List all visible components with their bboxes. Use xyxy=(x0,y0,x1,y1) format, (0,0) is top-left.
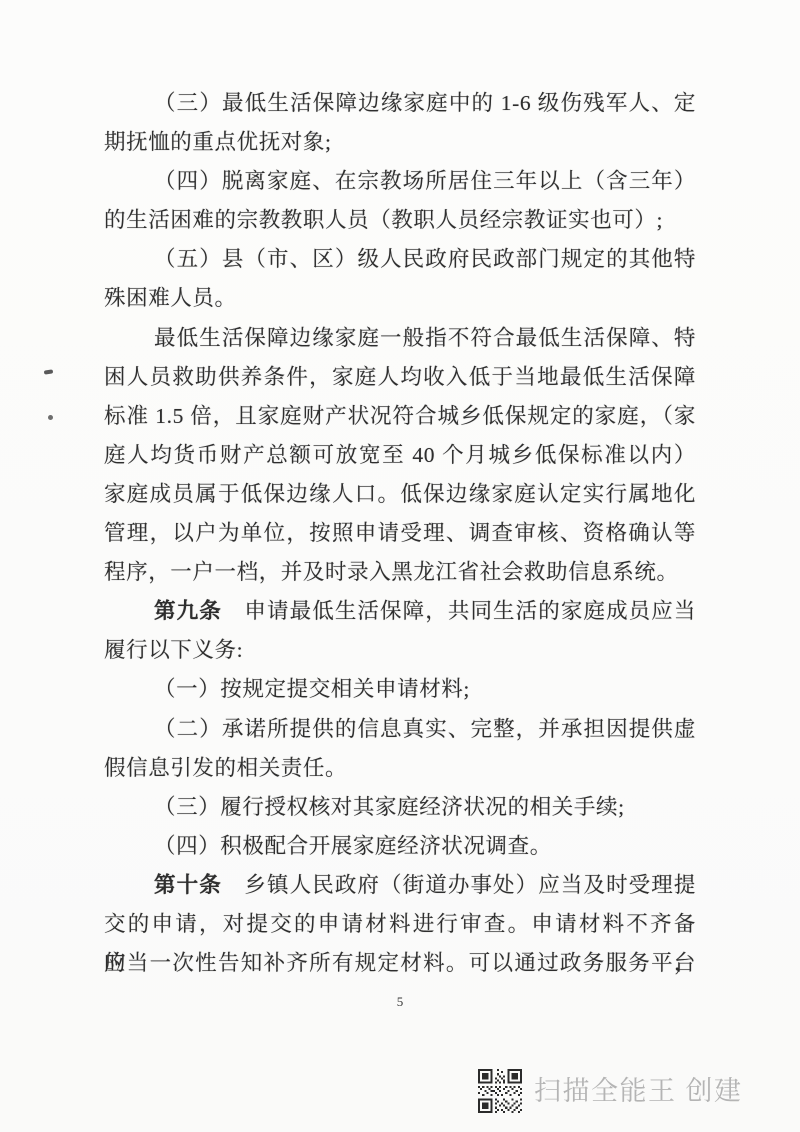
text-line: 管理，以户为单位，按照申请受理、调查审核、资格确认等 xyxy=(104,514,696,553)
text-line: 庭人均货币财产总额可放宽至 40 个月城乡低保标准以内） xyxy=(104,436,696,475)
text-line: 家庭成员属于低保边缘人口。低保边缘家庭认定实行属地化 xyxy=(104,475,696,514)
text-line: （二）承诺所提供的信息真实、完整，并承担因提供虚 xyxy=(104,710,696,749)
text-line: 程序，一户一档，并及时录入黑龙江省社会救助信息系统。 xyxy=(104,553,696,592)
qr-code-icon xyxy=(478,1069,522,1113)
page-number: 5 xyxy=(0,994,800,1010)
text-line: （一）按规定提交相关申请材料; xyxy=(104,670,696,709)
text-line: 殊困难人员。 xyxy=(104,279,696,318)
text-line: 第十条 乡镇人民政府（街道办事处）应当及时受理提 xyxy=(104,866,696,905)
text-line: （三）最低生活保障边缘家庭中的 1-6 级伤残军人、定 xyxy=(104,84,696,123)
text-line: 标准 1.5 倍，且家庭财产状况符合城乡低保规定的家庭，（家 xyxy=(104,397,696,436)
text-line: （五）县（市、区）级人民政府民政部门规定的其他特 xyxy=(104,240,696,279)
scanner-watermark-label: 扫描全能王 创建 xyxy=(534,1069,743,1113)
scan-speck xyxy=(48,415,53,420)
article-9-text: 申请最低生活保障，共同生活的家庭成员应当 xyxy=(222,599,696,623)
article-10-text: 乡镇人民政府（街道办事处）应当及时受理提 xyxy=(222,873,696,897)
document-body: （三）最低生活保障边缘家庭中的 1-6 级伤残军人、定 期抚恤的重点优抚对象; … xyxy=(104,84,696,983)
text-line: （四）脱离家庭、在宗教场所居住三年以上（含三年） xyxy=(104,162,696,201)
text-line: 履行以下义务: xyxy=(104,631,696,670)
text-line: （三）履行授权核对其家庭经济状况的相关手续; xyxy=(104,788,696,827)
text-line: 的生活困难的宗教教职人员（教职人员经宗教证实也可）; xyxy=(104,201,696,240)
text-line: 应当一次性告知补齐所有规定材料。可以通过政务服务平台 xyxy=(104,944,696,983)
text-line: （四）积极配合开展家庭经济状况调查。 xyxy=(104,827,696,866)
text-line: 期抚恤的重点优抚对象; xyxy=(104,123,696,162)
text-line: 最低生活保障边缘家庭一般指不符合最低生活保障、特 xyxy=(104,319,696,358)
scan-speck xyxy=(44,369,53,374)
text-line: 交的申请，对提交的申请材料进行审查。申请材料不齐备的， xyxy=(104,905,696,944)
article-10-label: 第十条 xyxy=(154,873,222,897)
article-9-label: 第九条 xyxy=(154,599,222,623)
document-page: （三）最低生活保障边缘家庭中的 1-6 级伤残军人、定 期抚恤的重点优抚对象; … xyxy=(0,0,800,1132)
text-line: 第九条 申请最低生活保障，共同生活的家庭成员应当 xyxy=(104,592,696,631)
scanner-watermark: 扫描全能王 创建 xyxy=(478,1069,743,1113)
text-line: 困人员救助供养条件，家庭人均收入低于当地最低生活保障 xyxy=(104,358,696,397)
text-line: 假信息引发的相关责任。 xyxy=(104,749,696,788)
